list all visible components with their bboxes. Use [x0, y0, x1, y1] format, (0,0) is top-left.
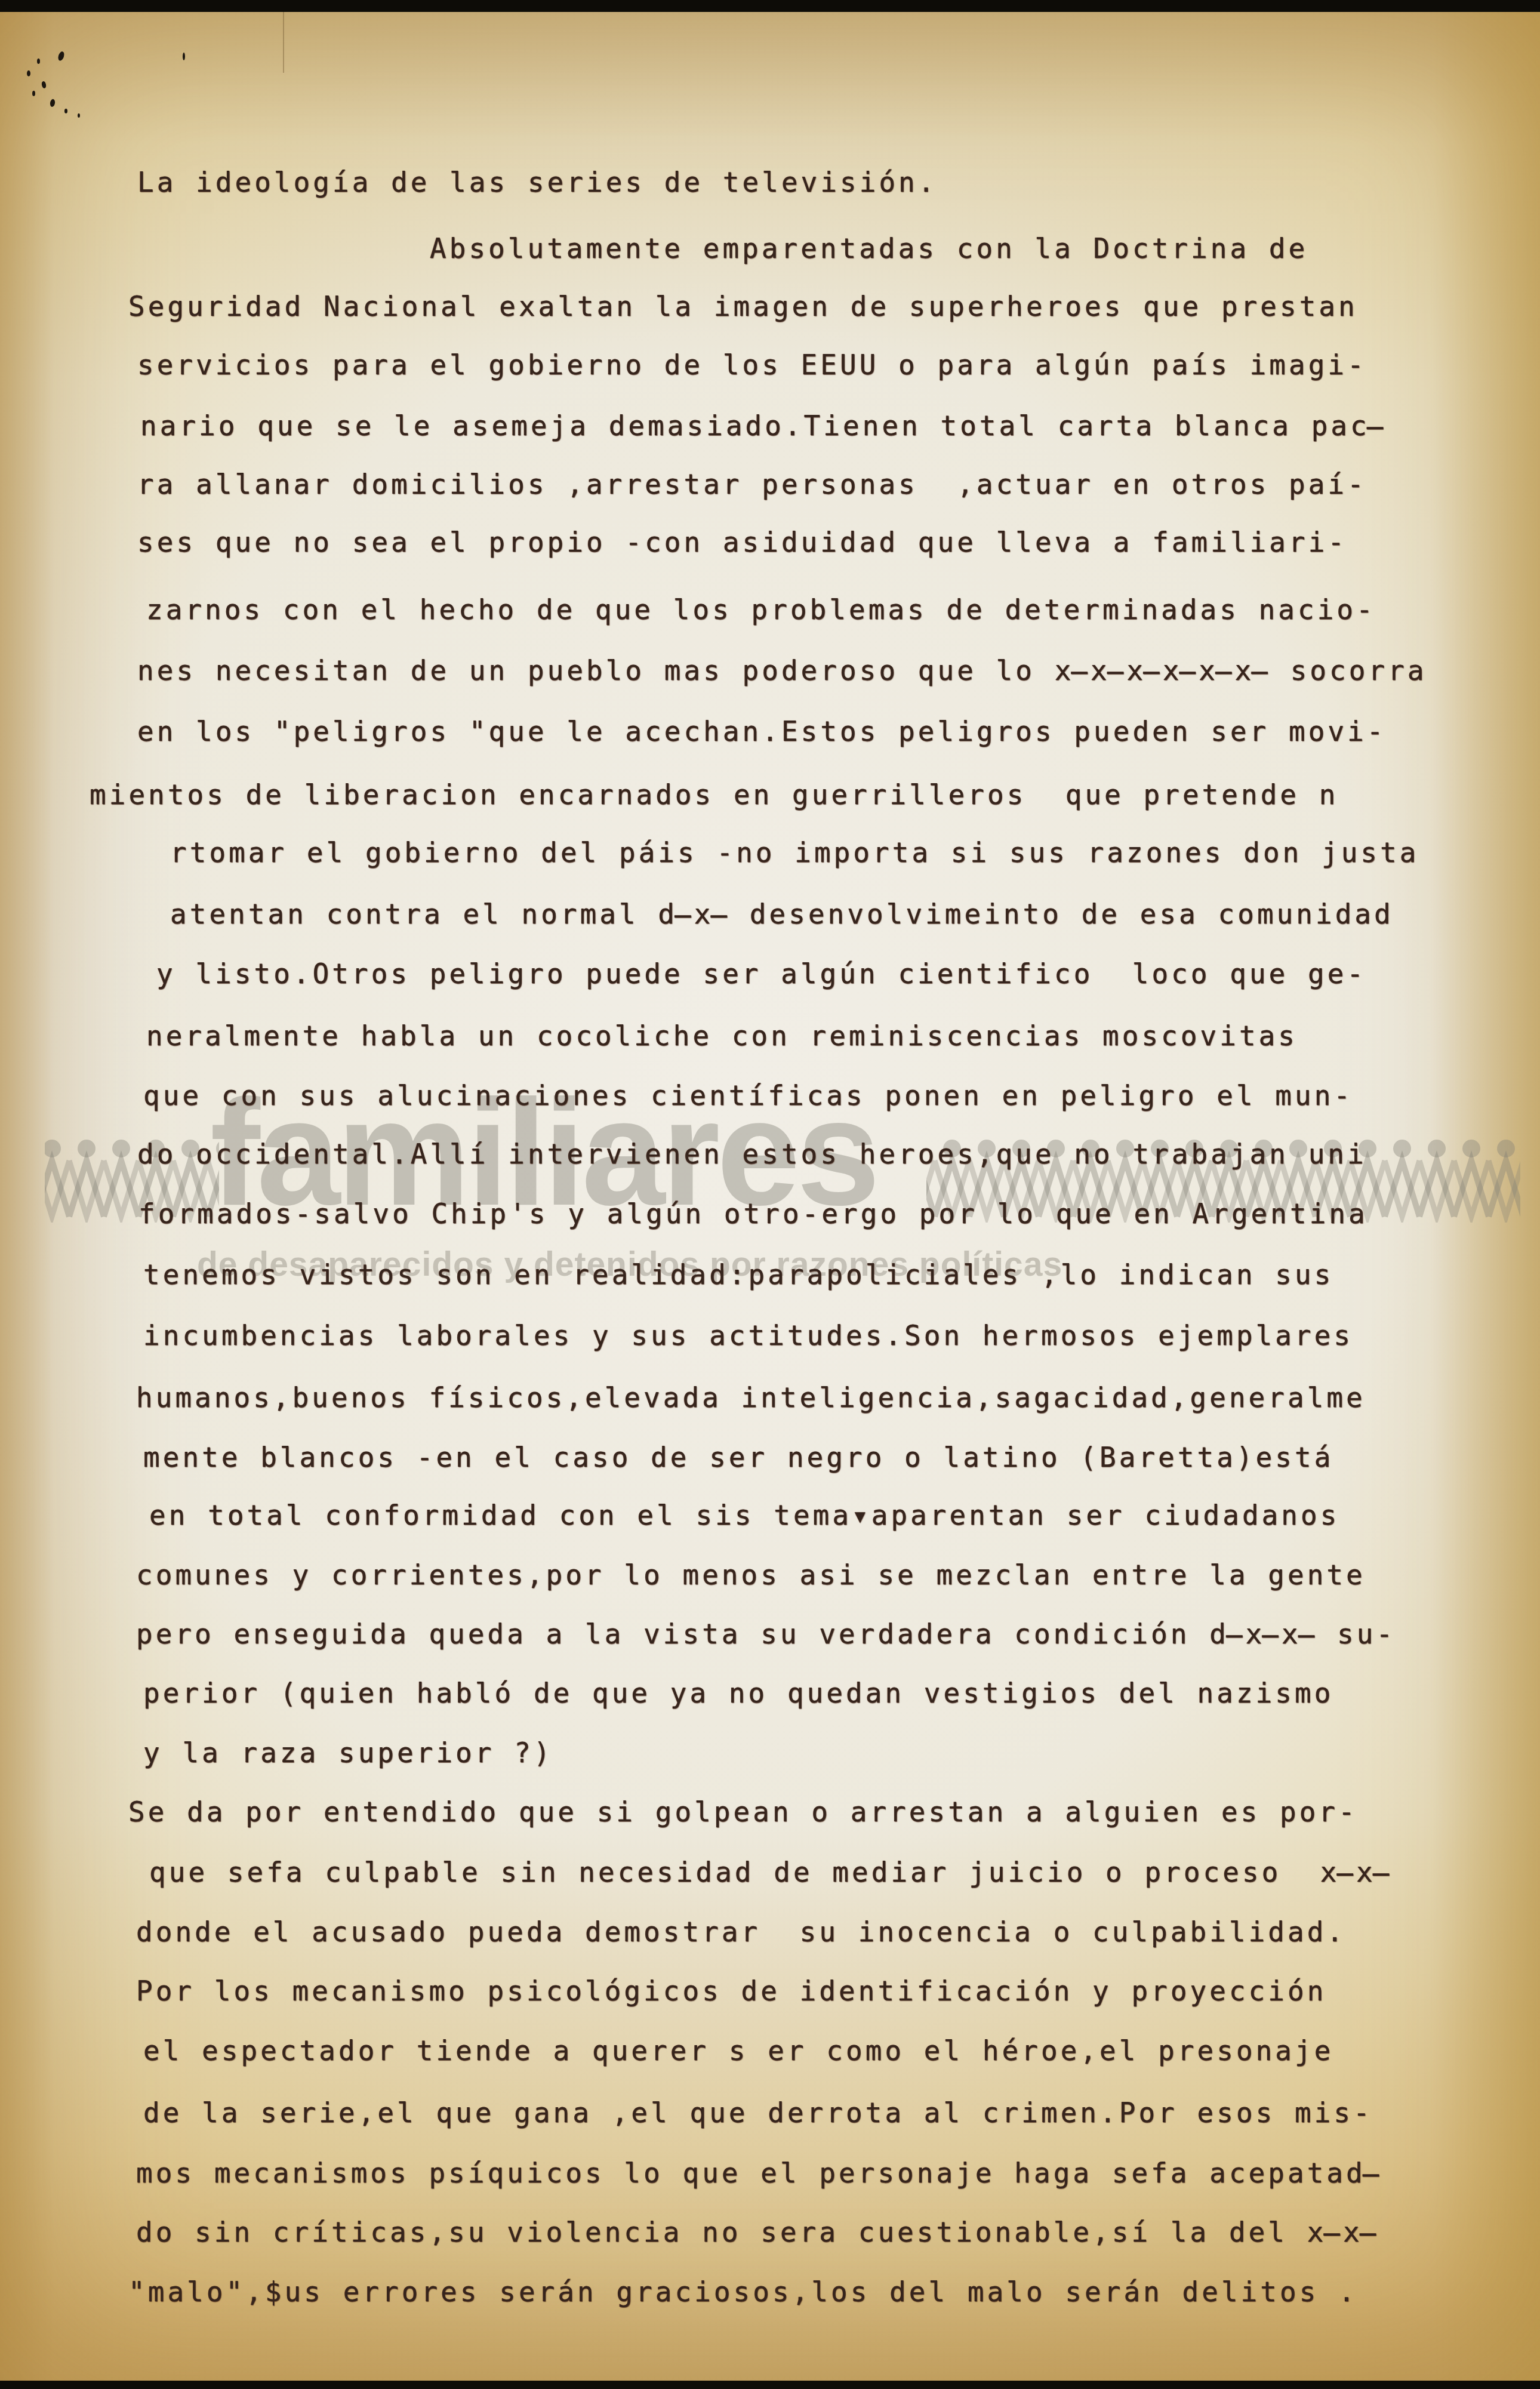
typed-line: "malo",$us errores serán graciosos,los d…: [128, 2278, 1358, 2305]
scanned-typewritten-page: familiares de desaparecidos y detenidos …: [0, 0, 1540, 2389]
typed-line: de la serie,el que gana ,el que derrota …: [143, 2099, 1373, 2126]
typed-line: Seguridad Nacional exaltan la imagen de …: [128, 293, 1358, 320]
typed-line: perior (quien habló de que ya no quedan …: [143, 1679, 1333, 1707]
typed-line: comunes y corrientes,por lo menos asi se…: [136, 1561, 1366, 1588]
typed-line: Absolutamente emparentadas con la Doctri…: [430, 235, 1308, 262]
typed-line: neralmente habla un cocoliche con remini…: [146, 1022, 1298, 1049]
typed-line: incumbencias laborales y sus actitudes.S…: [143, 1322, 1353, 1349]
typed-line: pero enseguida queda a la vista su verda…: [136, 1620, 1396, 1648]
typed-line: Se da por entendido que si golpean o arr…: [128, 1798, 1358, 1825]
typed-line: ra allanar domicilios ,arrestar personas…: [137, 470, 1367, 498]
typed-line: el espectador tiende a querer s er como …: [143, 2037, 1333, 2064]
scan-border-top: [0, 0, 1540, 12]
typed-line: Por los mecanismo psicológicos de identi…: [136, 1977, 1326, 2005]
typed-line: en total conformidad con el sis tema▾apa…: [149, 1501, 1339, 1529]
typed-line: en los "peligros "que le acechan.Estos p…: [137, 718, 1386, 745]
typed-line: servicios para el gobierno de los EEUU o…: [137, 351, 1367, 378]
typed-line: rtomar el gobierno del páis -no importa …: [170, 839, 1419, 866]
typed-line: y listo.Otros peligro puede ser algún ci…: [156, 960, 1366, 987]
typed-line: que con sus alucinaciones científicas po…: [143, 1082, 1353, 1109]
typed-line: atentan contra el normal d̶x̶ desenvolvi…: [170, 900, 1394, 928]
typed-line: nario que se le asemeja demasiado.Tienen…: [140, 412, 1386, 439]
typed-line: mente blancos -en el caso de ser negro o…: [143, 1443, 1333, 1471]
typed-line: humanos,buenos físicos,elevada inteligen…: [136, 1384, 1366, 1411]
typed-line: mientos de liberacion encarnados en guer…: [90, 781, 1338, 808]
typed-line: ses que no sea el propio -con asiduidad …: [137, 528, 1347, 556]
typed-line: do occidental.Allí intervienen estos her…: [137, 1140, 1367, 1168]
typed-line: nes necesitan de un pueblo mas poderoso …: [137, 657, 1427, 684]
typed-line: do sin críticas,su violencia no sera cue…: [136, 2218, 1379, 2246]
typed-line: donde el acusado pueda demostrar su inoc…: [136, 1918, 1346, 1945]
document-title-line: La ideología de las series de televisión…: [137, 168, 937, 196]
typed-line: y la raza superior ?): [143, 1739, 553, 1766]
typed-line: que sefa culpable sin necesidad de media…: [149, 1858, 1392, 1886]
scan-border-bottom: [0, 2381, 1540, 2389]
typed-line: formados-salvo Chip's y algún otro-ergo …: [138, 1200, 1368, 1227]
typed-line: mos mecanismos psíquicos lo que el perso…: [136, 2159, 1382, 2187]
typed-line: zarnos con el hecho de que los problemas…: [146, 596, 1376, 623]
paper-crease: [283, 12, 284, 73]
typed-line: tenemos vistos son en realidad:parapolic…: [143, 1261, 1333, 1288]
